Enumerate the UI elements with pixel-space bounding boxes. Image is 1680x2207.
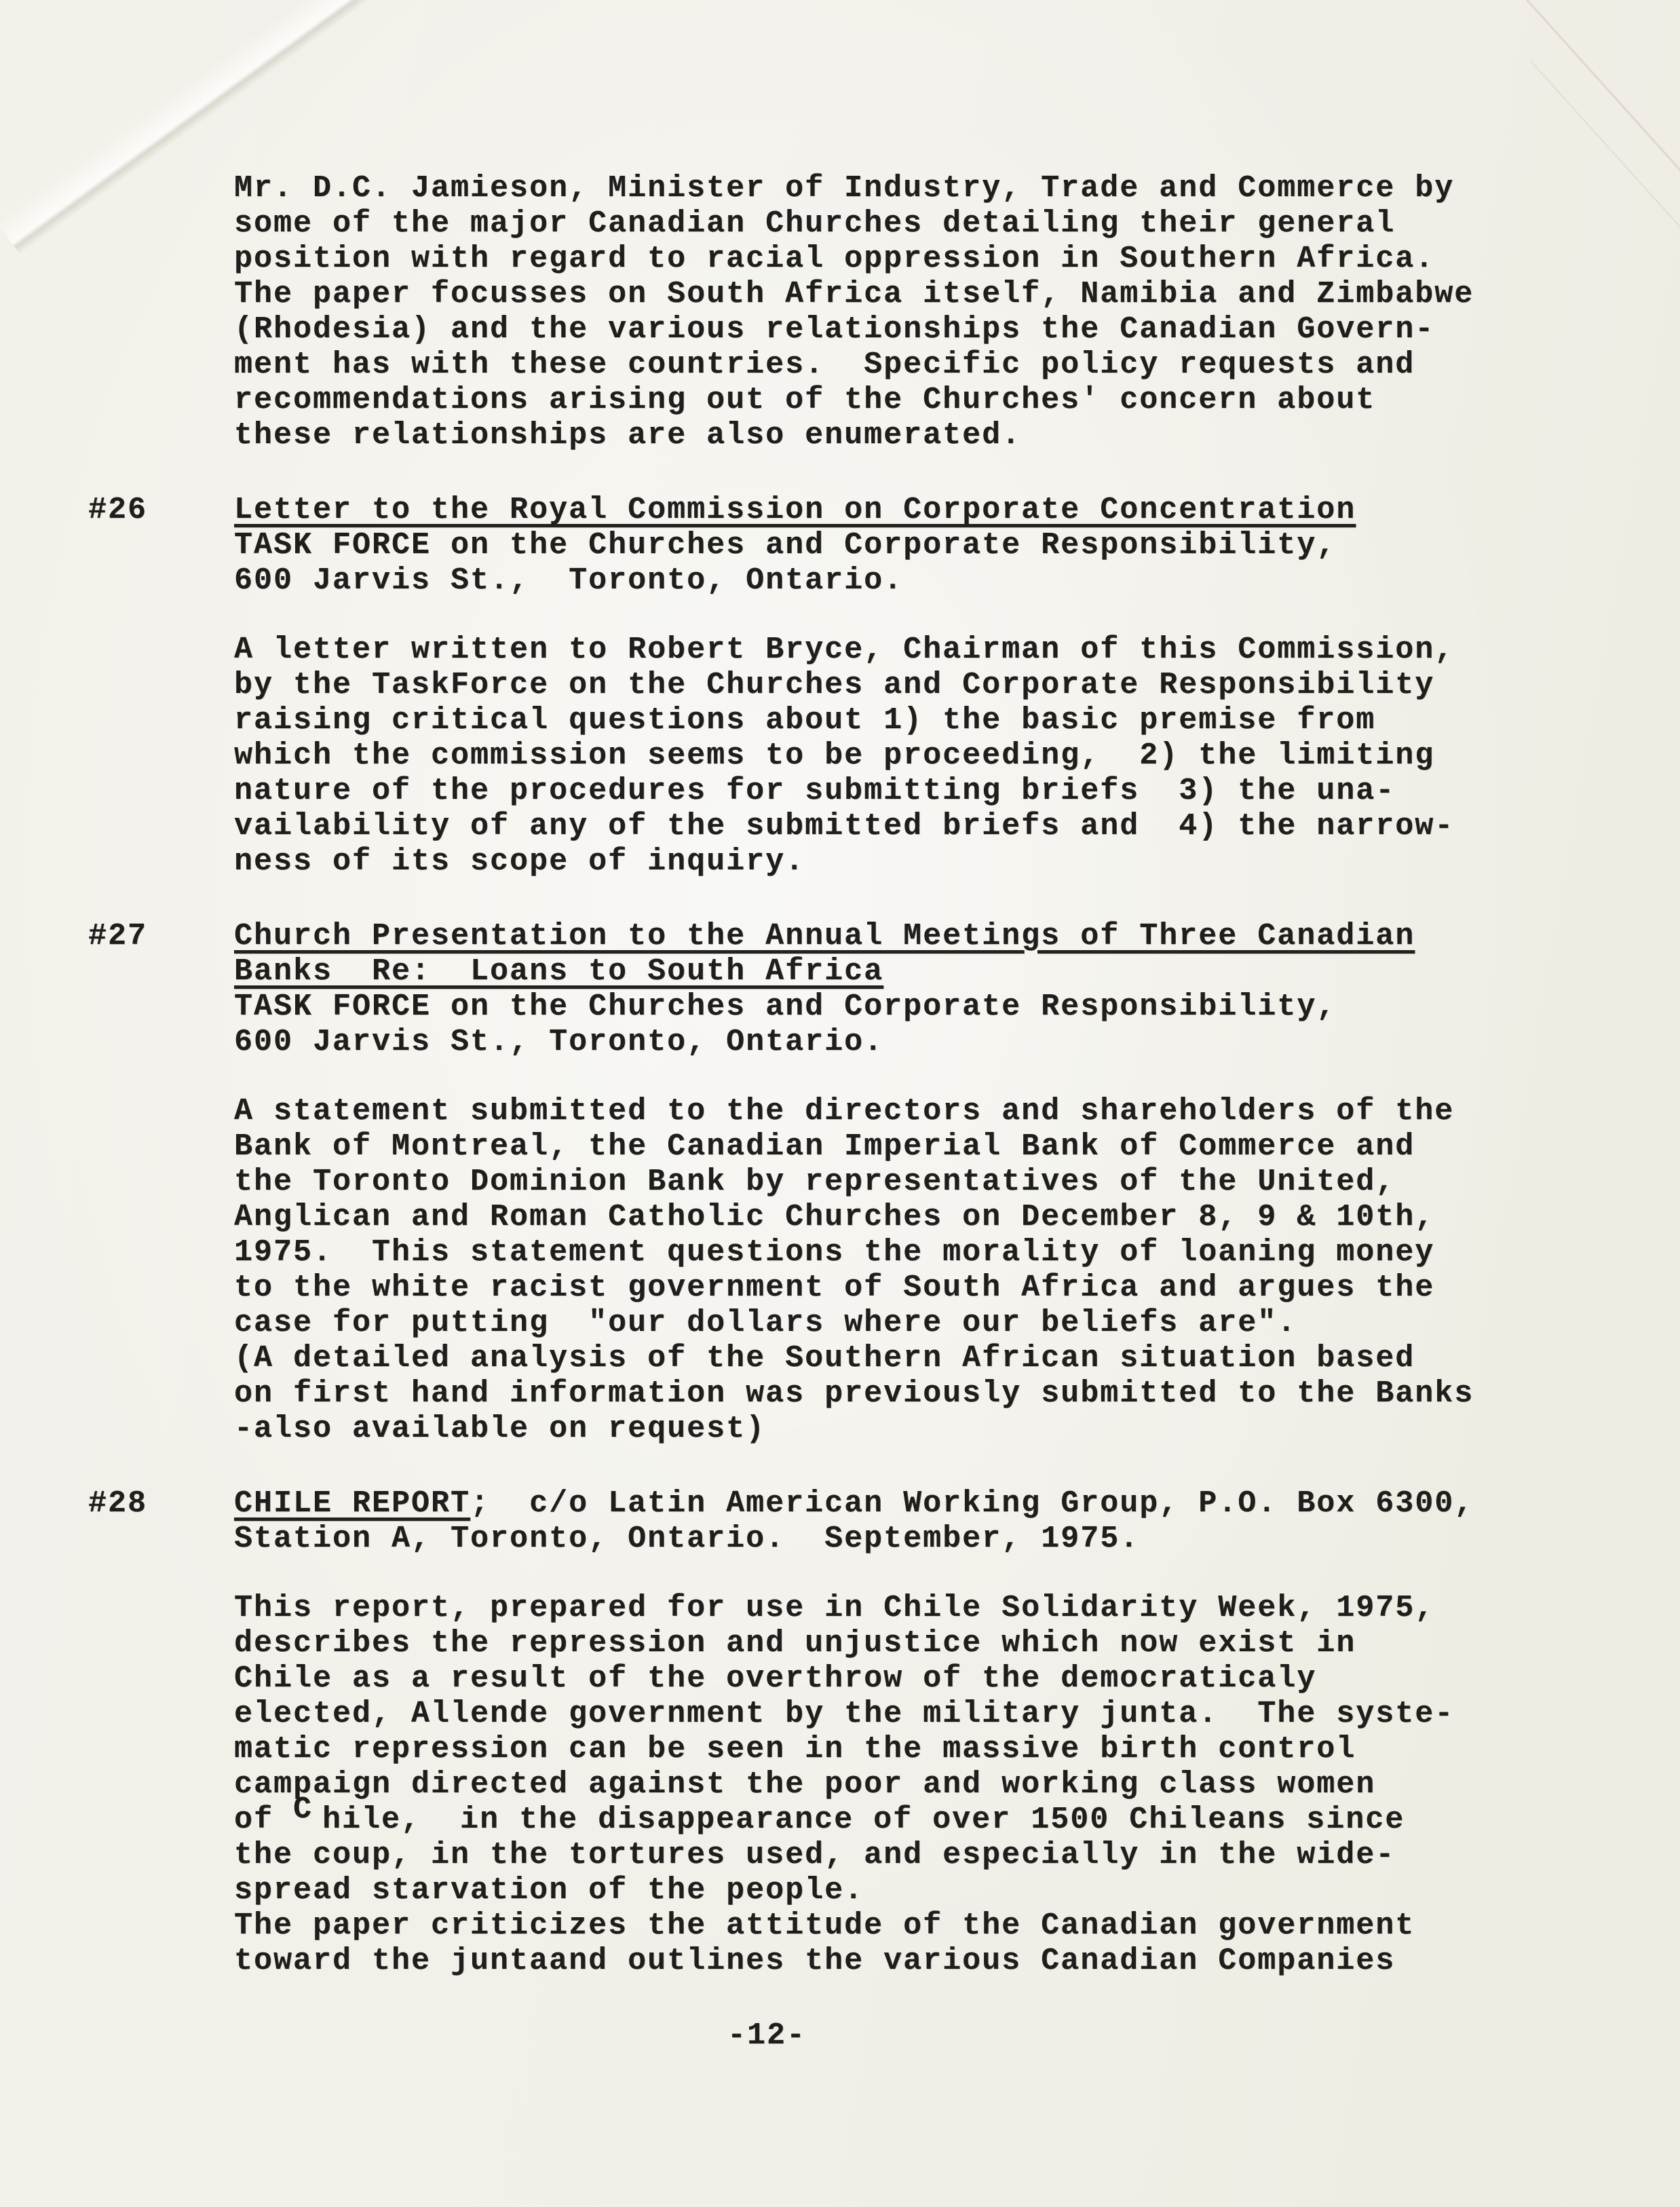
document-body: Mr. D.C. Jamieson, Minister of Industry,… [0,0,1649,2053]
entry-28-title: CHILE REPORT; c/o Latin American Working… [234,1486,1649,1522]
scanned-typewritten-page: Mr. D.C. Jamieson, Minister of Industry,… [0,0,1680,2207]
entry-28-text: CHILE REPORT; c/o Latin American Working… [234,1486,1649,1979]
text-line: elected, Allende government by the milit… [234,1697,1649,1732]
entry-28: #28 CHILE REPORT; c/o Latin American Wor… [88,1486,1649,1979]
text-line: ment has with these countries. Specific … [234,347,1649,383]
text-line: (A detailed analysis of the Southern Afr… [234,1341,1649,1376]
entry-27-address: TASK FORCE on the Churches and Corporate… [234,989,1649,1025]
entry-26-address: 600 Jarvis St., Toronto, Ontario. [234,563,1649,599]
text-line: position with regard to racial oppressio… [234,242,1649,277]
chile-raised-letter: C [293,1792,313,1827]
text-line: describes the repression and unjustice w… [234,1626,1649,1661]
entry-27-address: 600 Jarvis St., Toronto, Ontario. [234,1025,1649,1060]
text-line: the Toronto Dominion Bank by representat… [234,1165,1649,1200]
entry-27-title-underlined: Church Presentation to the Annual Meetin… [234,919,1415,954]
text-line: campaign directed against the poor and w… [234,1767,1649,1803]
chile-rest: hile, in the disappearance of over 1500 … [322,1803,1405,1837]
intro-label-spacer [88,171,234,453]
entry-27-text: Church Presentation to the Annual Meetin… [234,919,1649,1447]
entry-26-text: Letter to the Royal Commission on Corpor… [234,493,1649,880]
text-line: -also available on request) [234,1412,1649,1447]
entry-28-number: #28 [88,1486,234,1979]
entry-26-address: TASK FORCE on the Churches and Corporate… [234,528,1649,563]
entry-26-description: A letter written to Robert Bryce, Chairm… [234,633,1649,880]
text-line: nature of the procedures for submitting … [234,774,1649,809]
text-line: to the white racist government of South … [234,1270,1649,1306]
entry-28-description: This report, prepared for use in Chile S… [234,1591,1649,1979]
entry-27-title: Church Presentation to the Annual Meetin… [234,919,1649,954]
text-line: recommendations arising out of the Churc… [234,383,1649,418]
chile-prefix: of [234,1803,293,1837]
text-line: Anglican and Roman Catholic Churches on … [234,1200,1649,1235]
entry-28-title-underlined: CHILE REPORT [234,1486,470,1521]
entry-27-title: Banks Re: Loans to South Africa [234,954,1649,989]
entry-26: #26 Letter to the Royal Commission on Co… [88,493,1649,880]
entry-27-title-underlined: Banks Re: Loans to South Africa [234,954,883,989]
text-line: This report, prepared for use in Chile S… [234,1591,1649,1626]
intro-paragraph: Mr. D.C. Jamieson, Minister of Industry,… [88,171,1649,453]
text-line: by the TaskForce on the Churches and Cor… [234,668,1649,703]
entry-27-description: A statement submitted to the directors a… [234,1094,1649,1447]
text-line: The paper criticizes the attitude of the… [234,1908,1649,1944]
entry-28-title: Station A, Toronto, Ontario. September, … [234,1522,1649,1557]
entry-27: #27 Church Presentation to the Annual Me… [88,919,1649,1447]
entry-26-title-underlined: Letter to the Royal Commission on Corpor… [234,493,1356,527]
text-line-raised-c: of Chile, in the disappearance of over 1… [234,1803,1649,1838]
text-line: 1975. This statement questions the moral… [234,1235,1649,1270]
text-line: ness of its scope of inquiry. [234,844,1649,880]
text-line: which the commission seems to be proceed… [234,738,1649,774]
entry-26-title: Letter to the Royal Commission on Corpor… [234,493,1649,528]
page-number: -12- [88,2018,1445,2053]
intro-text: Mr. D.C. Jamieson, Minister of Industry,… [234,171,1649,453]
text-line: toward the juntaand outlines the various… [234,1944,1649,1979]
entry-27-number: #27 [88,919,234,1447]
text-line: case for putting "our dollars where our … [234,1306,1649,1341]
text-line: spread starvation of the people. [234,1873,1649,1908]
text-line: Mr. D.C. Jamieson, Minister of Industry,… [234,171,1649,206]
text-line: Chile as a result of the overthrow of th… [234,1661,1649,1697]
entry-28-title-rest: ; c/o Latin American Working Group, P.O.… [470,1486,1474,1521]
text-line: matic repression can be seen in the mass… [234,1732,1649,1767]
text-line: some of the major Canadian Churches deta… [234,206,1649,242]
text-line: A statement submitted to the directors a… [234,1094,1649,1129]
text-line: Bank of Montreal, the Canadian Imperial … [234,1129,1649,1165]
entry-26-number: #26 [88,493,234,880]
text-line: The paper focusses on South Africa itsel… [234,277,1649,312]
text-line: A letter written to Robert Bryce, Chairm… [234,633,1649,668]
text-line: these relationships are also enumerated. [234,418,1649,453]
text-line: the coup, in the tortures used, and espe… [234,1838,1649,1873]
text-line: vailability of any of the submitted brie… [234,809,1649,844]
text-line: raising critical questions about 1) the … [234,703,1649,738]
text-line: (Rhodesia) and the various relationships… [234,312,1649,347]
text-line: on first hand information was previously… [234,1376,1649,1412]
